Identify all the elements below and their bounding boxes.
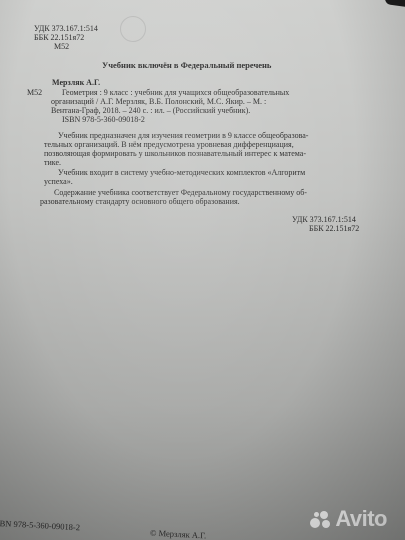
- federal-list-heading: Учебник включён в Федеральный перечень: [102, 61, 271, 70]
- avito-logo-icon: [310, 510, 332, 528]
- avito-brand-text: Avito: [335, 506, 387, 532]
- annotation-line: тельных организаций. В нём предусмотрена…: [44, 140, 294, 149]
- bleed-through-emblem: [120, 16, 146, 42]
- annotation-line: тике.: [44, 158, 61, 167]
- avito-watermark: Avito: [310, 506, 387, 532]
- bbk-bottom: ББК 22.151я72: [309, 224, 359, 233]
- entry-line: организаций / А.Г. Мерзляк, В.Б. Полонск…: [51, 97, 266, 106]
- entry-code: М52: [27, 88, 42, 97]
- udk-top: УДК 373.167.1:514: [34, 24, 98, 33]
- copyright-bottom: © Мерзляк А.Г.: [150, 529, 207, 540]
- code-top: М52: [54, 42, 69, 51]
- annotation-line: успеха».: [44, 177, 73, 186]
- annotation-line: позволяющая формировать у школьников поз…: [44, 149, 306, 158]
- annotation-line: Учебник предназначен для изучения геомет…: [58, 131, 308, 140]
- annotation-line: Содержание учебника соответствует Федера…: [54, 188, 307, 197]
- author-name: Мерзляк А.Г.: [52, 78, 100, 87]
- bbk-top: ББК 22.151я72: [34, 33, 84, 42]
- entry-line: Вентана-Граф, 2018. – 240 с. : ил. – (Ро…: [51, 106, 250, 115]
- udk-bottom: УДК 373.167.1:514: [292, 215, 356, 224]
- isbn-bottom: ISBN 978-5-360-09018-2: [0, 519, 80, 533]
- entry-line: Геометрия : 9 класс : учебник для учащих…: [62, 88, 289, 97]
- isbn-line: ISBN 978-5-360-09018-2: [62, 115, 145, 124]
- annotation-line: разовательному стандарту основного общег…: [40, 197, 240, 206]
- annotation-line: Учебник входит в систему учебно-методиче…: [58, 168, 305, 177]
- page-edge-shadow: [384, 0, 405, 8]
